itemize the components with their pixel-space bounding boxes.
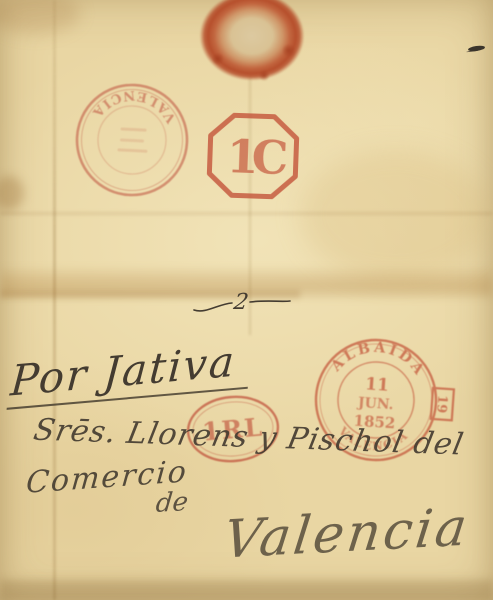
manuscript-address-city: Valencia (220, 497, 473, 570)
paper-stain (0, 176, 24, 210)
paper-stain (300, 150, 490, 280)
ink-speck (468, 45, 486, 52)
manuscript-rate-note: 2 (192, 288, 292, 324)
postal-cover-photo: VALENCIA 1C 2 Por Jativa 1RL (0, 0, 493, 600)
origin-postmark-side-number: 19 (433, 395, 449, 414)
wax-seal (191, 0, 313, 88)
manuscript-address-line2b: de (154, 487, 189, 519)
origin-postmark-month: JUN. (355, 395, 394, 414)
octagon-rate-mark: 1C (201, 108, 304, 203)
paper-stain (0, 0, 80, 34)
horizontal-crease (0, 212, 493, 215)
arrival-postmark-valencia: VALENCIA (70, 72, 194, 208)
paper-stain (0, 580, 493, 600)
origin-postmark-day: 11 (365, 374, 390, 396)
octagon-rate-mark-text: 1C (226, 129, 288, 185)
vertical-fold-line (53, 0, 56, 600)
